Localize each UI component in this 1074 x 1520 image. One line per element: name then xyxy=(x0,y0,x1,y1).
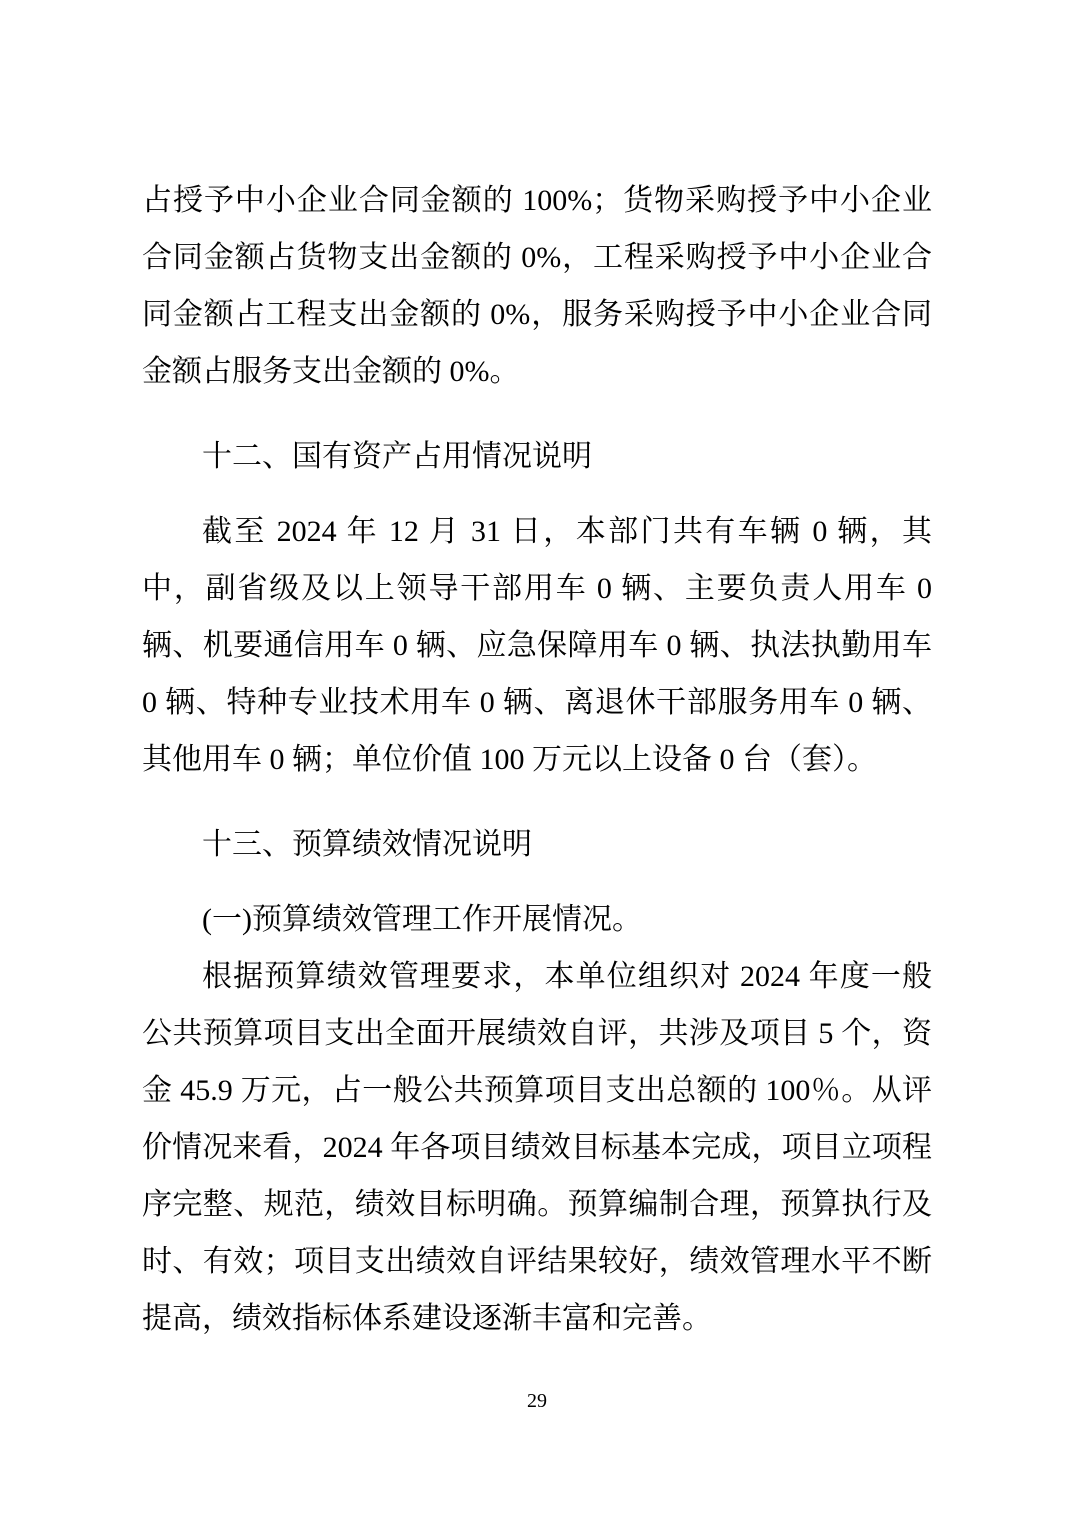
paragraph-state-assets: 截至 2024 年 12 月 31 日，本部门共有车辆 0 辆，其中，副省级及以… xyxy=(142,503,932,788)
section-heading-state-assets: 十二、国有资产占用情况说明 xyxy=(142,428,932,485)
paragraph-procurement-smes-continued: 占授予中小企业合同金额的 100%；货物采购授予中小企业合同金额占货物支出金额的… xyxy=(142,172,932,400)
document-body: 占授予中小企业合同金额的 100%；货物采购授予中小企业合同金额占货物支出金额的… xyxy=(142,172,932,1347)
section-heading-budget-performance: 十三、预算绩效情况说明 xyxy=(142,816,932,873)
subsection-heading-performance-management: (一)预算绩效管理工作开展情况。 xyxy=(142,891,932,948)
paragraph-budget-performance: 根据预算绩效管理要求，本单位组织对 2024 年度一般公共预算项目支出全面开展绩… xyxy=(142,948,932,1347)
document-page: 占授予中小企业合同金额的 100%；货物采购授予中小企业合同金额占货物支出金额的… xyxy=(0,0,1074,1520)
page-number: 29 xyxy=(0,1388,1074,1414)
